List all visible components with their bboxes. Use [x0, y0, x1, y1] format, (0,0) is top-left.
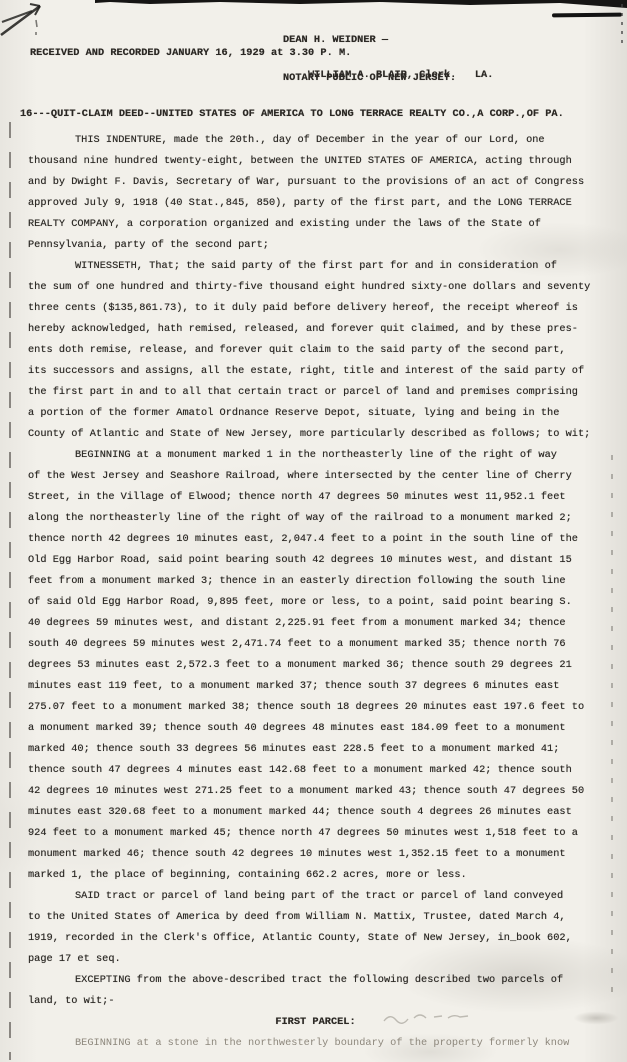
- document-body: THIS INDENTURE, made the 20th., day of D…: [28, 130, 603, 1054]
- document-line: thence south 47 degrees 4 minutes east 1…: [28, 760, 603, 781]
- document-line: marked 1, the place of beginning, contai…: [28, 865, 603, 886]
- document-line: Old Egg Harbor Road, said point bearing …: [28, 550, 603, 571]
- document-line: 40 degrees 59 minutes west, and distant …: [28, 613, 603, 634]
- document-line: page 17 et seq.: [28, 949, 603, 970]
- deed-title: 16---QUIT-CLAIM DEED--UNITED STATES OF A…: [20, 108, 564, 121]
- document-line: feet from a monument marked 3; thence in…: [28, 571, 603, 592]
- document-line: a monument marked 39; thence south 40 de…: [28, 718, 603, 739]
- document-line: the first part in and to all that certai…: [28, 382, 603, 403]
- document-line: ents doth remise, release, and forever q…: [28, 340, 603, 361]
- document-line: thence north 42 degrees 10 minutes east,…: [28, 529, 603, 550]
- document-line: BEGINNING at a monument marked 1 in the …: [28, 445, 603, 466]
- document-line: of the West Jersey and Seashore Railroad…: [28, 466, 603, 487]
- document-line: 42 degrees 10 minutes west 271.25 feet t…: [28, 781, 603, 802]
- section-heading: FIRST PARCEL:: [28, 1012, 603, 1033]
- document-line: 275.07 feet to a monument marked 38; the…: [28, 697, 603, 718]
- document-line: south 40 degrees 59 minutes west 2,471.7…: [28, 634, 603, 655]
- pen-scribble-mark: [0, 0, 55, 45]
- document-line: a portion of the former Amatol Ordnance …: [28, 403, 603, 424]
- document-line: County of Atlantic and State of New Jers…: [28, 424, 603, 445]
- document-line: the sum of one hundred and thirty-five t…: [28, 277, 603, 298]
- document-line: thousand nine hundred twenty-eight, betw…: [28, 151, 603, 172]
- pen-stroke-mark: [552, 13, 622, 17]
- document-line: Pennsylvania, party of the second part;: [28, 235, 603, 256]
- document-line: minutes east 119 feet, to a monument mar…: [28, 676, 603, 697]
- clerk-signature-line: WILLIAM A. BLAIR, Clerk. LA.: [308, 69, 493, 82]
- document-line: 924 feet to a monument marked 45; thence…: [28, 823, 603, 844]
- document-line: marked 40; thence south 33 degrees 56 mi…: [28, 739, 603, 760]
- notary-name: DEAN H. WEIDNER —: [283, 34, 456, 47]
- right-margin-marks: [611, 455, 613, 1000]
- document-line: minutes east 320.68 feet to a monument m…: [28, 802, 603, 823]
- document-line: SAID tract or parcel of land being part …: [28, 886, 603, 907]
- document-line: three cents ($135,861.73), to it duly pa…: [28, 298, 603, 319]
- document-line: WITNESSETH, That; the said party of the …: [28, 256, 603, 277]
- document-line: its successors and assigns, all the esta…: [28, 361, 603, 382]
- left-margin-marks: [9, 122, 11, 1060]
- deed-document-page: DEAN H. WEIDNER — NOTARY PUBLIC OF NEW J…: [0, 0, 627, 1062]
- right-edge-dots: [621, 4, 623, 44]
- document-line: REALTY COMPANY, a corporation organized …: [28, 214, 603, 235]
- document-line: Street, in the Village of Elwood; thence…: [28, 487, 603, 508]
- document-line: to the United States of America by deed …: [28, 907, 603, 928]
- document-line: EXCEPTING from the above-described tract…: [28, 970, 603, 991]
- document-line: degrees 53 minutes east 2,572.3 feet to …: [28, 655, 603, 676]
- document-line: hereby acknowledged, hath remised, relea…: [28, 319, 603, 340]
- document-line: THIS INDENTURE, made the 20th., day of D…: [28, 130, 603, 151]
- faint-stamp-mark: [382, 1010, 472, 1026]
- document-line: monument marked 46; thence south 42 degr…: [28, 844, 603, 865]
- document-line: and by Dwight F. Davis, Secretary of War…: [28, 172, 603, 193]
- received-recorded-line: RECEIVED AND RECORDED JANUARY 16, 1929 a…: [30, 47, 351, 60]
- document-line: along the northeasterly line of the righ…: [28, 508, 603, 529]
- document-line: 1919, recorded in the Clerk's Office, At…: [28, 928, 603, 949]
- document-line: of said Old Egg Harbor Road, 9,895 feet,…: [28, 592, 603, 613]
- document-line: BEGINNING at a stone in the northwesterl…: [28, 1033, 603, 1054]
- document-line: approved July 9, 1918 (40 Stat.,845, 850…: [28, 193, 603, 214]
- document-line: land, to wit;-: [28, 991, 603, 1012]
